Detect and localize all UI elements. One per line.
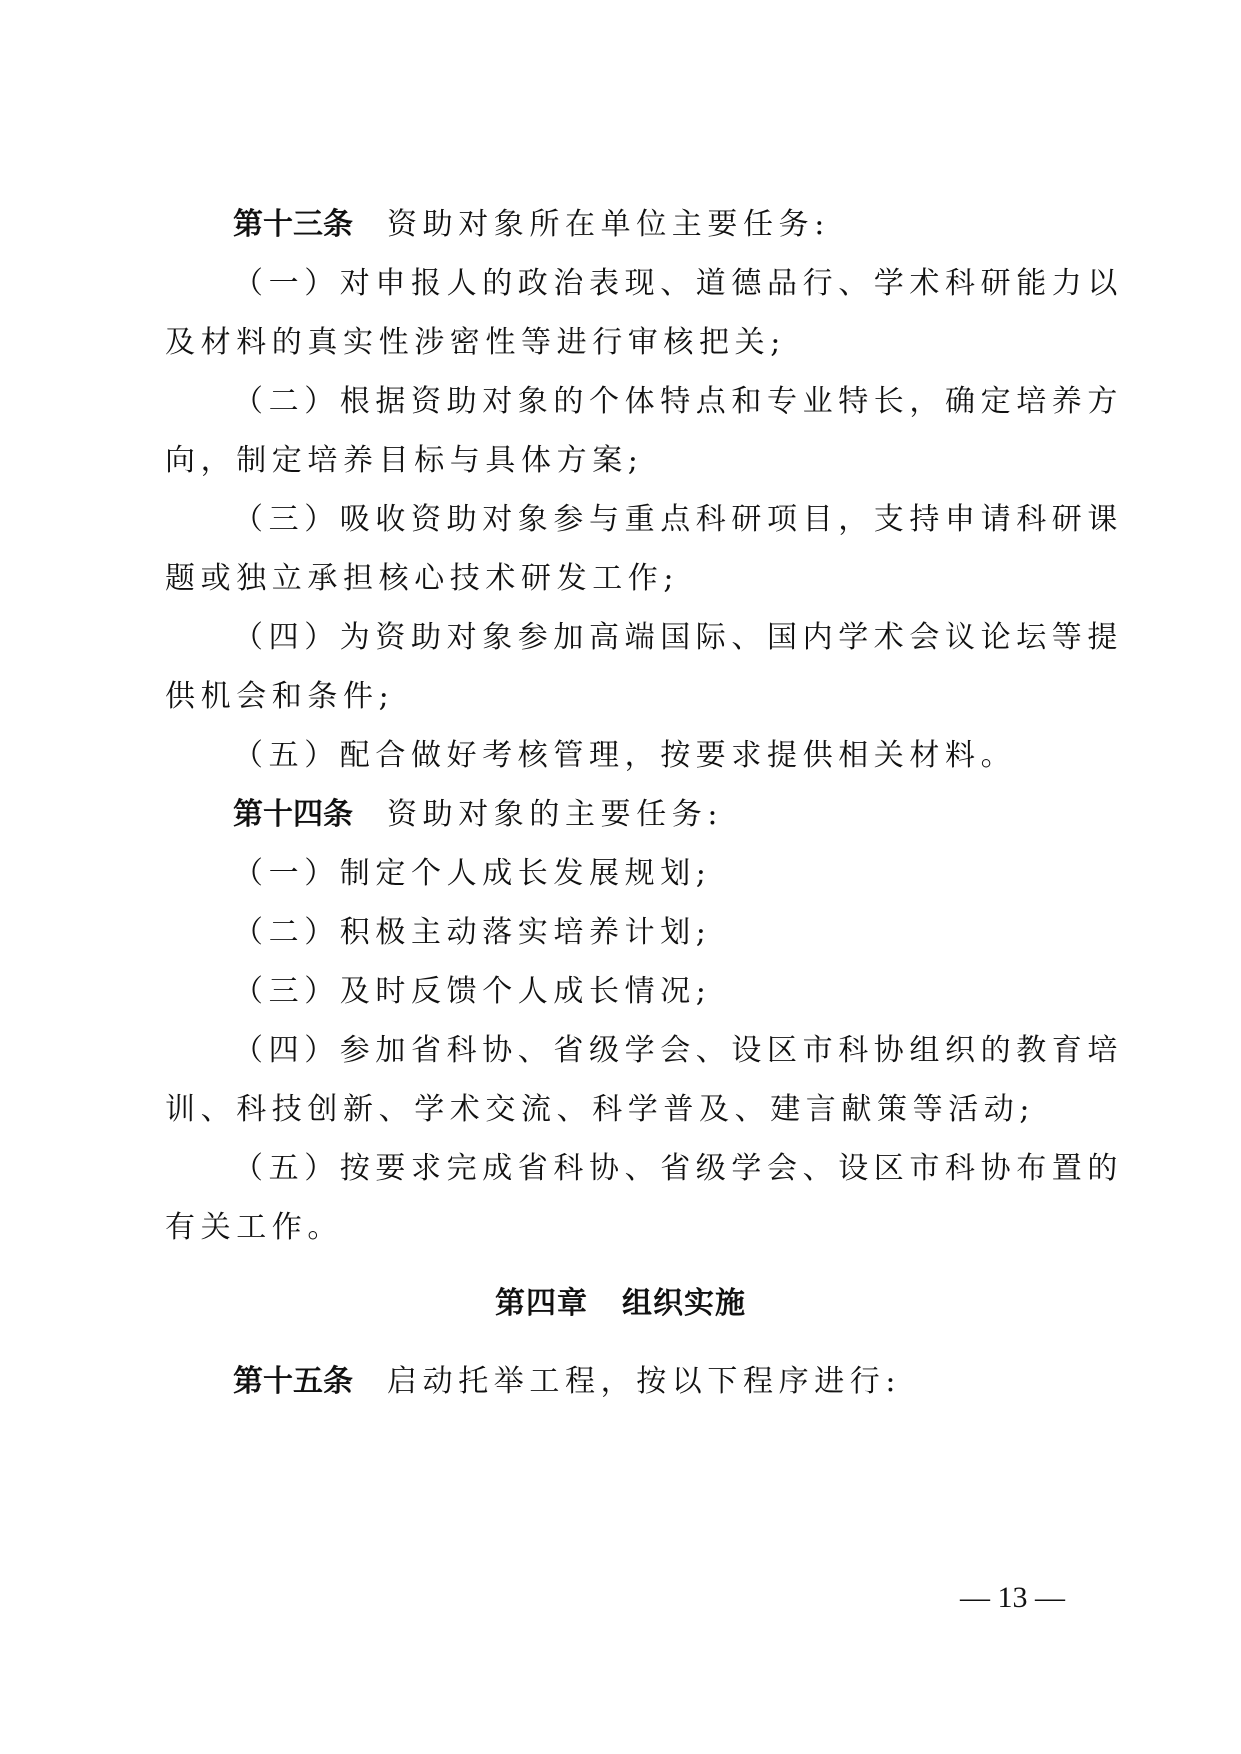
article-number: 第十三条: [233, 207, 353, 242]
list-item-line: （一）对申报人的政治表现、道德品行、学术科研能力以: [233, 264, 1143, 304]
page-number: — 13 —: [960, 1578, 1065, 1618]
list-item-line: （三）及时反馈个人成长情况;: [233, 972, 1143, 1012]
chapter-number: 第四章: [495, 1286, 588, 1321]
list-item-line: （四）参加省科协、省级学会、设区市科协组织的教育培: [233, 1031, 1143, 1071]
chapter-heading: 第四章组织实施: [0, 1284, 1241, 1324]
list-item-line: （四）为资助对象参加高端国际、国内学术会议论坛等提: [233, 618, 1143, 658]
list-item-line: （三）吸收资助对象参与重点科研项目，支持申请科研课: [233, 500, 1143, 540]
list-item-line: （二）积极主动落实培养计划;: [233, 913, 1143, 953]
article-title: 资助对象所在单位主要任务:: [387, 207, 830, 242]
article-15-heading: 第十五条启动托举工程，按以下程序进行:: [233, 1362, 1143, 1402]
article-14-heading: 第十四条资助对象的主要任务:: [233, 795, 1143, 835]
chapter-title: 组织实施: [622, 1286, 746, 1321]
article-title: 启动托举工程，按以下程序进行:: [387, 1364, 901, 1399]
list-item-line: （二）根据资助对象的个体特点和专业特长，确定培养方: [233, 382, 1143, 422]
article-number: 第十四条: [233, 797, 353, 832]
document-page: 第十三条资助对象所在单位主要任务: （一）对申报人的政治表现、道德品行、学术科研…: [0, 0, 1241, 1754]
list-item-line: （五）按要求完成省科协、省级学会、设区市科协布置的: [233, 1149, 1143, 1189]
article-number: 第十五条: [233, 1364, 353, 1399]
list-item-line: 供机会和条件;: [165, 677, 1075, 717]
list-item-line: 向，制定培养目标与具体方案;: [165, 441, 1075, 481]
list-item-line: （一）制定个人成长发展规划;: [233, 854, 1143, 894]
list-item-line: 题或独立承担核心技术研发工作;: [165, 559, 1075, 599]
list-item-line: 及材料的真实性涉密性等进行审核把关;: [165, 323, 1075, 363]
article-title: 资助对象的主要任务:: [387, 797, 723, 832]
list-item-line: 训、科技创新、学术交流、科学普及、建言献策等活动;: [165, 1090, 1075, 1130]
list-item-line: （五）配合做好考核管理，按要求提供相关材料。: [233, 736, 1143, 776]
list-item-line: 有关工作。: [165, 1208, 1075, 1248]
article-13-heading: 第十三条资助对象所在单位主要任务:: [233, 205, 1143, 245]
